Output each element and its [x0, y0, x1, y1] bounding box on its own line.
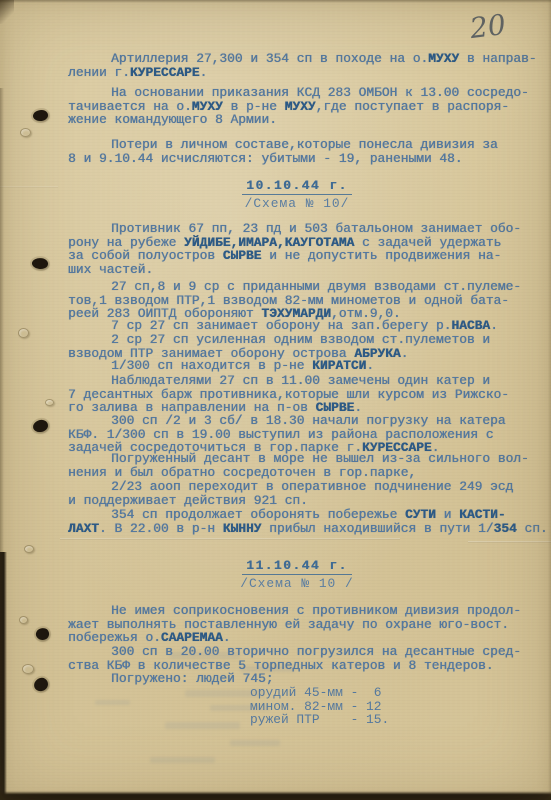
scan-edge-left — [0, 552, 7, 800]
loading-manifest-item: ружей ПТР - 15. — [250, 713, 389, 727]
paragraph: Потери в личном составе,которые понесла … — [68, 138, 498, 165]
place-name: 354 — [494, 521, 517, 536]
place-name: МУХУ — [428, 51, 459, 66]
ink-blot — [35, 627, 51, 642]
paper-crease — [0, 186, 58, 188]
paragraph: 7 ср 27 сп занимает оборону на зап.берег… — [68, 319, 498, 333]
place-name: НАСВА — [451, 318, 490, 333]
ink-blot — [31, 257, 48, 270]
paragraph: Наблюдателями 27 сп в 11.00 замечены оди… — [68, 374, 509, 415]
section-date: 11.10.44 г. — [242, 559, 352, 575]
paragraph: 1/300 сп находится в р-не КИРАТСИ. — [68, 359, 374, 373]
puncture-mark — [45, 399, 54, 406]
section-heading: 11.10.44 г./Схема № 10 / — [68, 559, 526, 590]
puncture-mark — [18, 328, 29, 338]
puncture-mark — [20, 128, 31, 137]
place-name: КЫННУ — [223, 521, 262, 536]
paragraph: Артиллерия 27,300 и 354 сп в походе на о… — [68, 52, 536, 79]
scan-edge-left-soft — [0, 88, 4, 554]
ink-blot — [33, 677, 49, 692]
loading-manifest: орудий 45-мм - 6мином. 82-мм - 12ружей П… — [250, 686, 389, 727]
place-name: МУХУ — [285, 99, 316, 114]
paragraph: 354 сп продолжает оборонять побережье СУ… — [68, 508, 548, 535]
section-scheme: /Схема № 10 / — [68, 577, 526, 591]
paragraph: 27 сп,8 и 9 ср с приданными двумя взвода… — [68, 280, 521, 321]
scan-corner-top-left — [0, 0, 14, 24]
paragraph: 300 сп /2 и 3 сб/ в 18.30 начали погрузк… — [68, 414, 506, 455]
place-name: КУРЕССАРЕ — [130, 65, 200, 80]
paragraph: Противник 67 пп, 23 пд и 503 батальоном … — [68, 222, 521, 276]
paragraph: Погруженный десант в море не вышел из-за… — [68, 452, 529, 479]
section-date: 10.10.44 г. — [242, 179, 352, 195]
puncture-mark — [19, 616, 28, 624]
typewritten-text: Артиллерия 27,300 и 354 сп в походе на о… — [68, 0, 526, 800]
paragraph: Не имея соприкосновения с противником ди… — [68, 604, 521, 645]
ink-blot — [32, 419, 48, 433]
paragraph: Погружено: людей 745; — [68, 672, 273, 686]
loading-manifest-item: мином. 82-мм - 12 — [250, 700, 389, 714]
paragraph: 2/23 аооп переходит в оперативное подчин… — [68, 480, 513, 507]
paragraph: На основании приказания КСД 283 ОМБОН к … — [68, 86, 529, 127]
place-name: СААРЕМАА — [161, 630, 223, 645]
paragraph: 300 сп в 20.00 вторично погрузился на де… — [68, 645, 521, 672]
puncture-mark — [24, 545, 34, 553]
puncture-mark — [22, 664, 34, 674]
paragraph: 2 ср 27 сп усиленная одним взводом ст.пу… — [68, 333, 490, 360]
document-scan: 20 Артиллерия 27,300 и 354 сп в походе н… — [0, 0, 551, 800]
place-name: КИРАТСИ — [312, 358, 366, 373]
place-name: СЫРВЕ — [223, 248, 262, 263]
loading-manifest-item: орудий 45-мм - 6 — [250, 686, 389, 700]
section-heading: 10.10.44 г./Схема № 10/ — [68, 179, 526, 210]
section-scheme: /Схема № 10/ — [68, 197, 526, 211]
ink-blot — [33, 110, 48, 121]
